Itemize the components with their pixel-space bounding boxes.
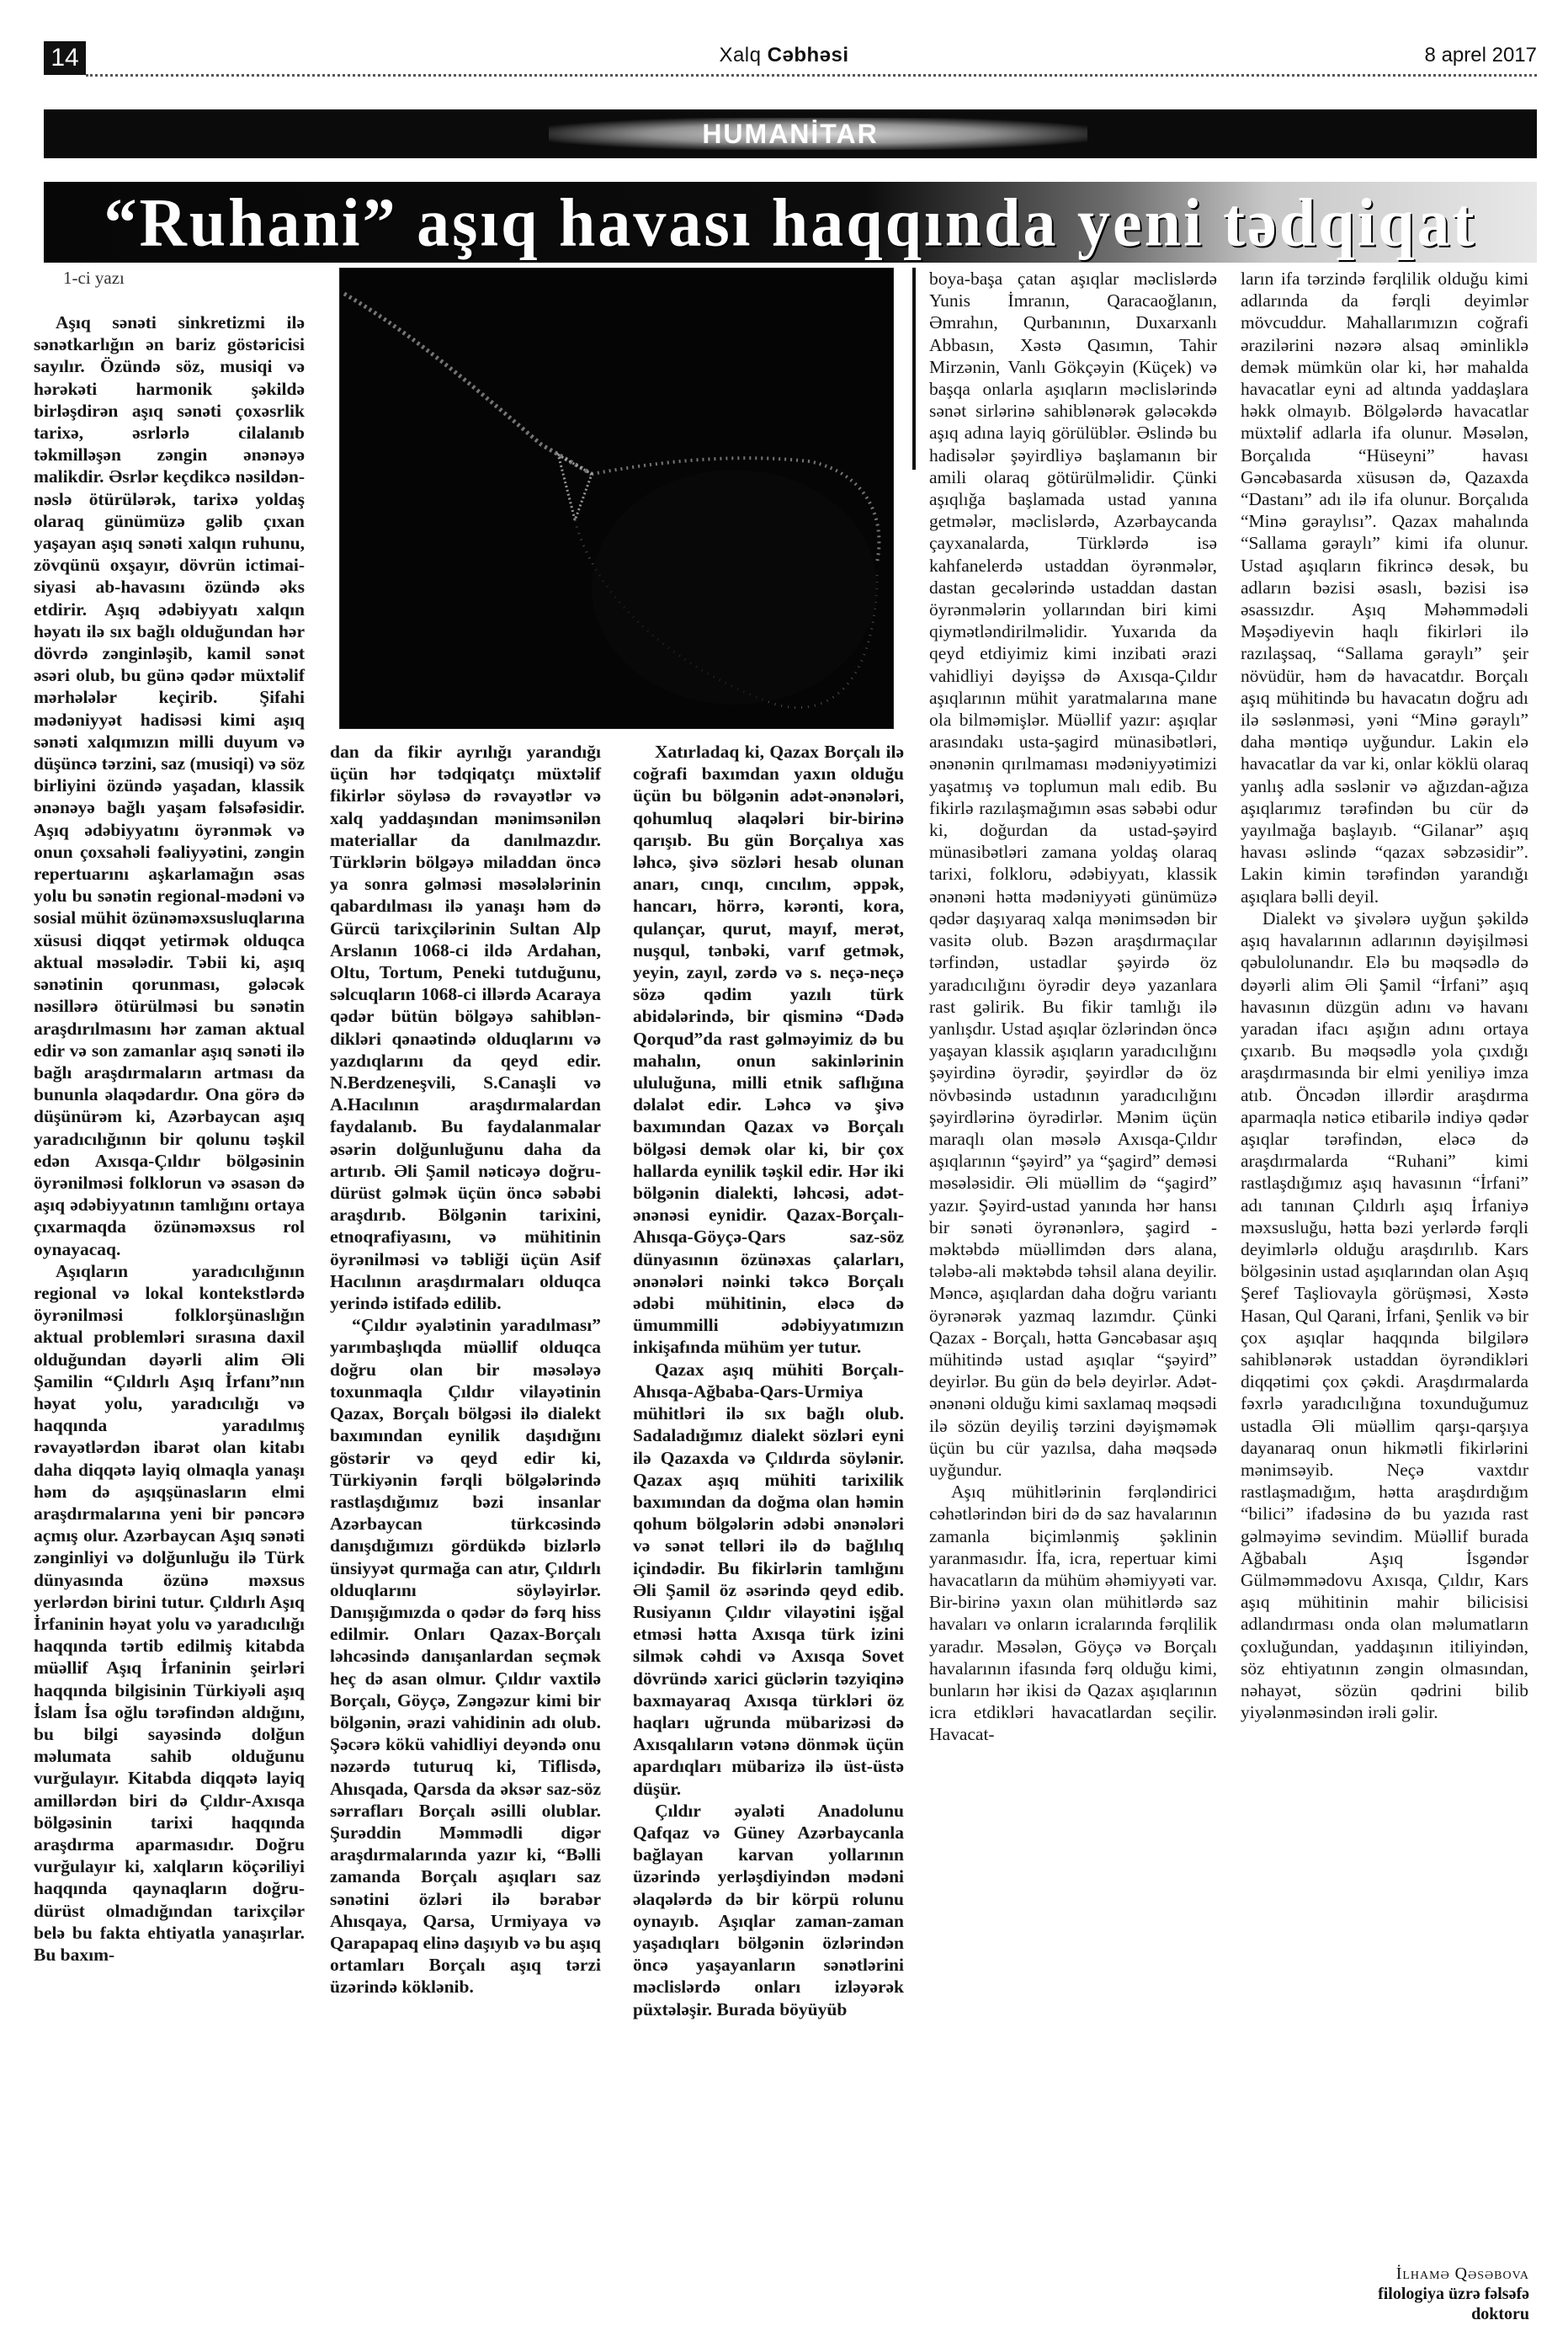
article-column-2: dan da fikir ayrılığı yarandığı üçün hər… (330, 741, 601, 2323)
column-divider (912, 268, 916, 470)
section-label: HUMANİTAR (44, 119, 1537, 150)
newspaper-name-brand: Cəbhəsi (768, 44, 849, 67)
article-column-3: Xatırladaq ki, Qazax Borçalı ilə coğrafi… (633, 741, 904, 2323)
paragraph: Aşıq sənəti sinkretizmi ilə sənətkarlığı… (34, 311, 305, 1260)
newspaper-name: Xalq Cəbhəsi (0, 44, 1568, 67)
headline-banner: “Ruhani” aşıq havası haqqında yeni tədqi… (44, 182, 1537, 263)
paragraph: “Çıldır əyalətinin yaradılması” yarımbaş… (330, 1314, 601, 1998)
issue-date: 8 aprel 2017 (1425, 44, 1537, 67)
paragraph: Xatırladaq ki, Qazax Borçalı ilə coğrafi… (633, 741, 904, 1359)
series-note: 1-ci yazı (63, 268, 125, 289)
newspaper-name-prefix: Xalq (719, 44, 761, 67)
header-divider (86, 74, 1537, 77)
article-column-1: Aşıq sənəti sinkretizmi ilə sənətkarlığı… (34, 311, 305, 2323)
author-name: İlhamə Qəsəbova (1378, 2264, 1529, 2284)
paragraph: Dialekt və şivələrə uyğun şəkildə aşıq h… (1241, 907, 1528, 1724)
paragraph: Aşıqların yaradıcılığının regional və lo… (34, 1260, 305, 1966)
section-rubric: HUMANİTAR (44, 109, 1537, 158)
paragraph: ların ifa tərzində fərqlilik olduğu kimi… (1241, 268, 1528, 907)
paragraph: Qazax aşıq mühiti Borçalı-Ahısqa-Ağbaba-… (633, 1359, 904, 1800)
paragraph: dan da fikir ayrılığı yarandığı üçün hər… (330, 741, 601, 1314)
saz-photo (339, 268, 894, 729)
paragraph: Aşıq mühitlərinin fərqləndirici cəhətlər… (929, 1481, 1217, 1745)
page-header: 14 Xalq Cəbhəsi 8 aprel 2017 (0, 0, 1568, 84)
saz-icon (340, 269, 893, 728)
article-column-5: ların ifa tərzində fərqlilik olduğu kimi… (1241, 268, 1528, 2322)
paragraph: boya-başa çatan aşıqlar məclislərdə Yuni… (929, 268, 1217, 1481)
article-column-4: boya-başa çatan aşıqlar məclislərdə Yuni… (929, 268, 1217, 2322)
author-title-line-2: doktoru (1378, 2304, 1529, 2324)
author-title-line-1: filologiya üzrə fəlsəfə (1378, 2284, 1529, 2304)
paragraph: Çıldır əyaləti Anadolunu Qafqaz və Güney… (633, 1800, 904, 2020)
byline: İlhamə Qəsəbova filologiya üzrə fəlsəfə … (1378, 2264, 1529, 2324)
article-headline: “Ruhani” aşıq havası haqqında yeni tədqi… (44, 184, 1537, 261)
